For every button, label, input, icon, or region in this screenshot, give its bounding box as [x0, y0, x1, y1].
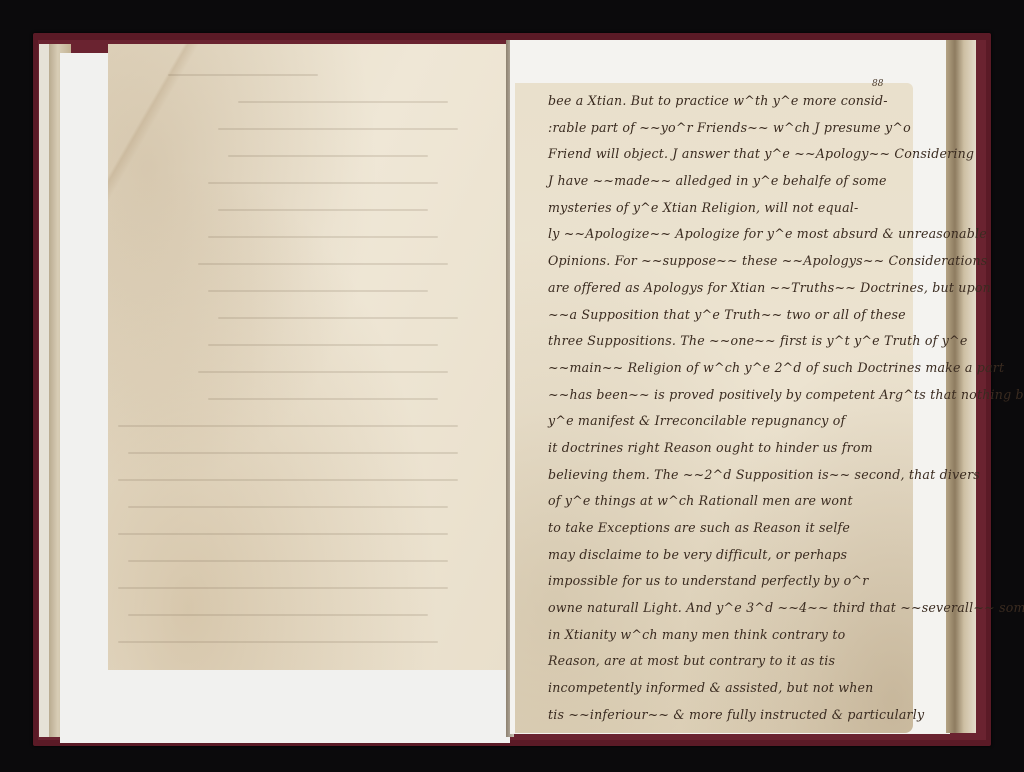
- manuscript-line: ~~has been~~ is proved positively by com…: [548, 382, 908, 409]
- bleed-through-line: [128, 452, 458, 454]
- manuscript-line: of y^e things at w^ch Rationall men are …: [548, 488, 908, 515]
- manuscript-line: y^e manifest & Irreconcilable repugnancy…: [548, 408, 908, 435]
- manuscript-line: ~~a Supposition that y^e Truth~~ two or …: [548, 302, 908, 329]
- bleed-through-line: [128, 506, 448, 508]
- manuscript-line: ly ~~Apologize~~ Apologize for y^e most …: [548, 221, 908, 248]
- manuscript-line: mysteries of y^e Xtian Religion, will no…: [548, 195, 908, 222]
- manuscript-line: Friend will object. J answer that y^e ~~…: [548, 141, 908, 168]
- left-manuscript-page: [108, 44, 508, 670]
- manuscript-text: bee a Xtian. But to practice w^th y^e mo…: [548, 88, 908, 729]
- manuscript-line: impossible for us to understand perfectl…: [548, 568, 908, 595]
- bleed-through-line: [118, 641, 438, 643]
- manuscript-line: three Suppositions. The ~~one~~ first is…: [548, 328, 908, 355]
- bleed-through-line: [228, 155, 428, 157]
- manuscript-line: Opinions. For ~~suppose~~ these ~~Apolog…: [548, 248, 908, 275]
- manuscript-line: ~~main~~ Religion of w^ch y^e 2^d of suc…: [548, 355, 908, 382]
- manuscript-line: J have ~~made~~ alledged in y^e behalfe …: [548, 168, 908, 195]
- manuscript-line: :rable part of ~~yo^r Friends~~ w^ch J p…: [548, 115, 908, 142]
- bleed-through-line: [238, 101, 448, 103]
- bleed-through-line: [168, 74, 318, 76]
- bleed-through-line: [198, 263, 448, 265]
- bleed-through-line: [118, 587, 448, 589]
- bleed-through-line: [118, 533, 448, 535]
- manuscript-line: to take Exceptions are such as Reason it…: [548, 515, 908, 542]
- bleed-through-line: [128, 614, 428, 616]
- manuscript-line: believing them. The ~~2^d Supposition is…: [548, 462, 908, 489]
- bleed-through-line: [208, 398, 438, 400]
- bleed-through-line: [208, 182, 438, 184]
- bleed-through-line: [208, 344, 438, 346]
- manuscript-line: owne naturall Light. And y^e 3^d ~~4~~ t…: [548, 595, 908, 622]
- bleed-through-line: [218, 209, 428, 211]
- page-crease: [108, 44, 508, 670]
- bleed-through-line: [208, 290, 428, 292]
- manuscript-line: bee a Xtian. But to practice w^th y^e mo…: [548, 88, 908, 115]
- bleed-through-line: [118, 479, 458, 481]
- manuscript-line: Reason, are at most but contrary to it a…: [548, 648, 908, 675]
- bleed-through-line: [218, 128, 458, 130]
- bleed-through-line: [118, 425, 458, 427]
- bleed-through-line: [218, 317, 458, 319]
- bleed-through-line: [128, 560, 448, 562]
- manuscript-line: it doctrines right Reason ought to hinde…: [548, 435, 908, 462]
- manuscript-line: may disclaime to be very difficult, or p…: [548, 542, 908, 569]
- manuscript-line: incompetently informed & assisted, but n…: [548, 675, 908, 702]
- manuscript-line: are offered as Apologys for Xtian ~~Trut…: [548, 275, 908, 302]
- manuscript-line: in Xtianity w^ch many men think contrary…: [548, 622, 908, 649]
- bleed-through-line: [198, 371, 448, 373]
- manuscript-line: tis ~~inferiour~~ & more fully instructe…: [548, 702, 908, 729]
- bleed-through-line: [208, 236, 438, 238]
